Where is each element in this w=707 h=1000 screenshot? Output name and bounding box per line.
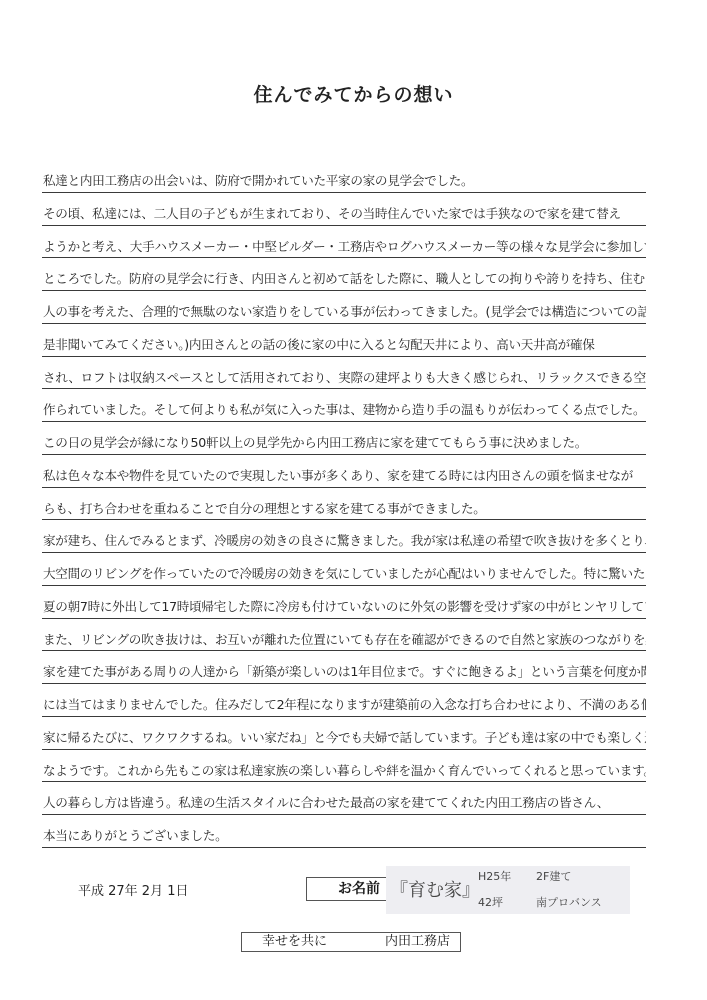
letter-line: この日の見学会が縁になり50軒以上の見学先から内田工務店に家を建ててもらう事に決… xyxy=(42,422,646,455)
company-name: 内田工務店 xyxy=(385,933,450,951)
letter-line: され、ロフトは収納スペースとして活用されており、実際の建坪よりも大きく感じられ、… xyxy=(42,357,646,390)
house-style: 南プロバンス xyxy=(536,894,602,910)
letter-line: なようです。これから先もこの家は私達家族の楽しい暮らしや絆を温かく育んでいってく… xyxy=(42,750,646,783)
house-name: 『育む家』 xyxy=(390,876,480,902)
letter-line: 私達と内田工務店の出会いは、防府で開かれていた平家の家の見学会でした。 xyxy=(42,160,646,193)
letter-line: らも、打ち合わせを重ねることで自分の理想とする家を建てる事ができました。 xyxy=(42,488,646,521)
letter-line: 家が建ち、住んでみるとまず、冷暖房の効きの良さに驚きました。我が家は私達の希望で… xyxy=(42,520,646,553)
letter-line: 私は色々な本や物件を見ていたので実現したい事が多くあり、家を建てる時には内田さん… xyxy=(42,455,646,488)
page-title: 住んでみてからの想い xyxy=(0,80,707,107)
name-label: お名前 xyxy=(306,877,386,901)
company-slogan-box: 幸せを共に 内田工務店 xyxy=(241,932,461,952)
slogan-text: 幸せを共に xyxy=(262,933,327,951)
letter-line: 作られていました。そして何よりも私が気に入った事は、建物から造り手の温もりが伝わ… xyxy=(42,389,646,422)
letter-line: 大空間のリビングを作っていたので冷暖房の効きを気にしていましたが心配はいりません… xyxy=(42,553,646,586)
letter-line: 是非聞いてみてください。)内田さんとの話の後に家の中に入ると勾配天井により、高い… xyxy=(42,324,646,357)
letter-line: また、リビングの吹き抜けは、お互いが離れた位置にいても存在を確認ができるので自然… xyxy=(42,619,646,652)
letter-line: ようかと考え、大手ハウスメーカー・中堅ビルダー・工務店やログハウスメーカー等の様… xyxy=(42,226,646,259)
build-year: H25年 xyxy=(478,868,511,884)
name-field: 『育む家』 H25年 2F建て 42坪 南プロバンス xyxy=(386,866,630,914)
letter-line: その頃、私達には、二人目の子どもが生まれており、その当時住んでいた家では手狭なの… xyxy=(42,193,646,226)
floor-area: 42坪 xyxy=(478,894,503,910)
letter-line: ところでした。防府の見学会に行き、内田さんと初めて話をした際に、職人としての拘り… xyxy=(42,258,646,291)
letter-line: 家に帰るたびに、ワクワクするね。いい家だね」と今でも夫婦で話しています。子ども達… xyxy=(42,717,646,750)
letter-line: 人の暮らし方は皆違う。私達の生活スタイルに合わせた最高の家を建ててくれた内田工務… xyxy=(42,782,646,815)
letter-line: 本当にありがとうございました。 xyxy=(42,815,646,848)
floor-count: 2F建て xyxy=(536,868,571,884)
letter-line: には当てはまりませんでした。住みだして2年程になりますが建築前の入念な打ち合わせ… xyxy=(42,684,646,717)
letter-line: 人の事を考えた、合理的で無駄のない家造りをしている事が伝わってきました。(見学会… xyxy=(42,291,646,324)
letter-line: 家を建てた事がある周りの人達から「新築が楽しいのは1年目位まで。すぐに飽きるよ」… xyxy=(42,651,646,684)
letter-line: 夏の朝7時に外出して17時頃帰宅した際に冷房も付けていないのに外気の影響を受けず… xyxy=(42,586,646,619)
letter-date: 平成 27年 2月 1日 xyxy=(78,880,188,899)
letter-body: 私達と内田工務店の出会いは、防府で開かれていた平家の家の見学会でした。 その頃、… xyxy=(42,160,646,848)
